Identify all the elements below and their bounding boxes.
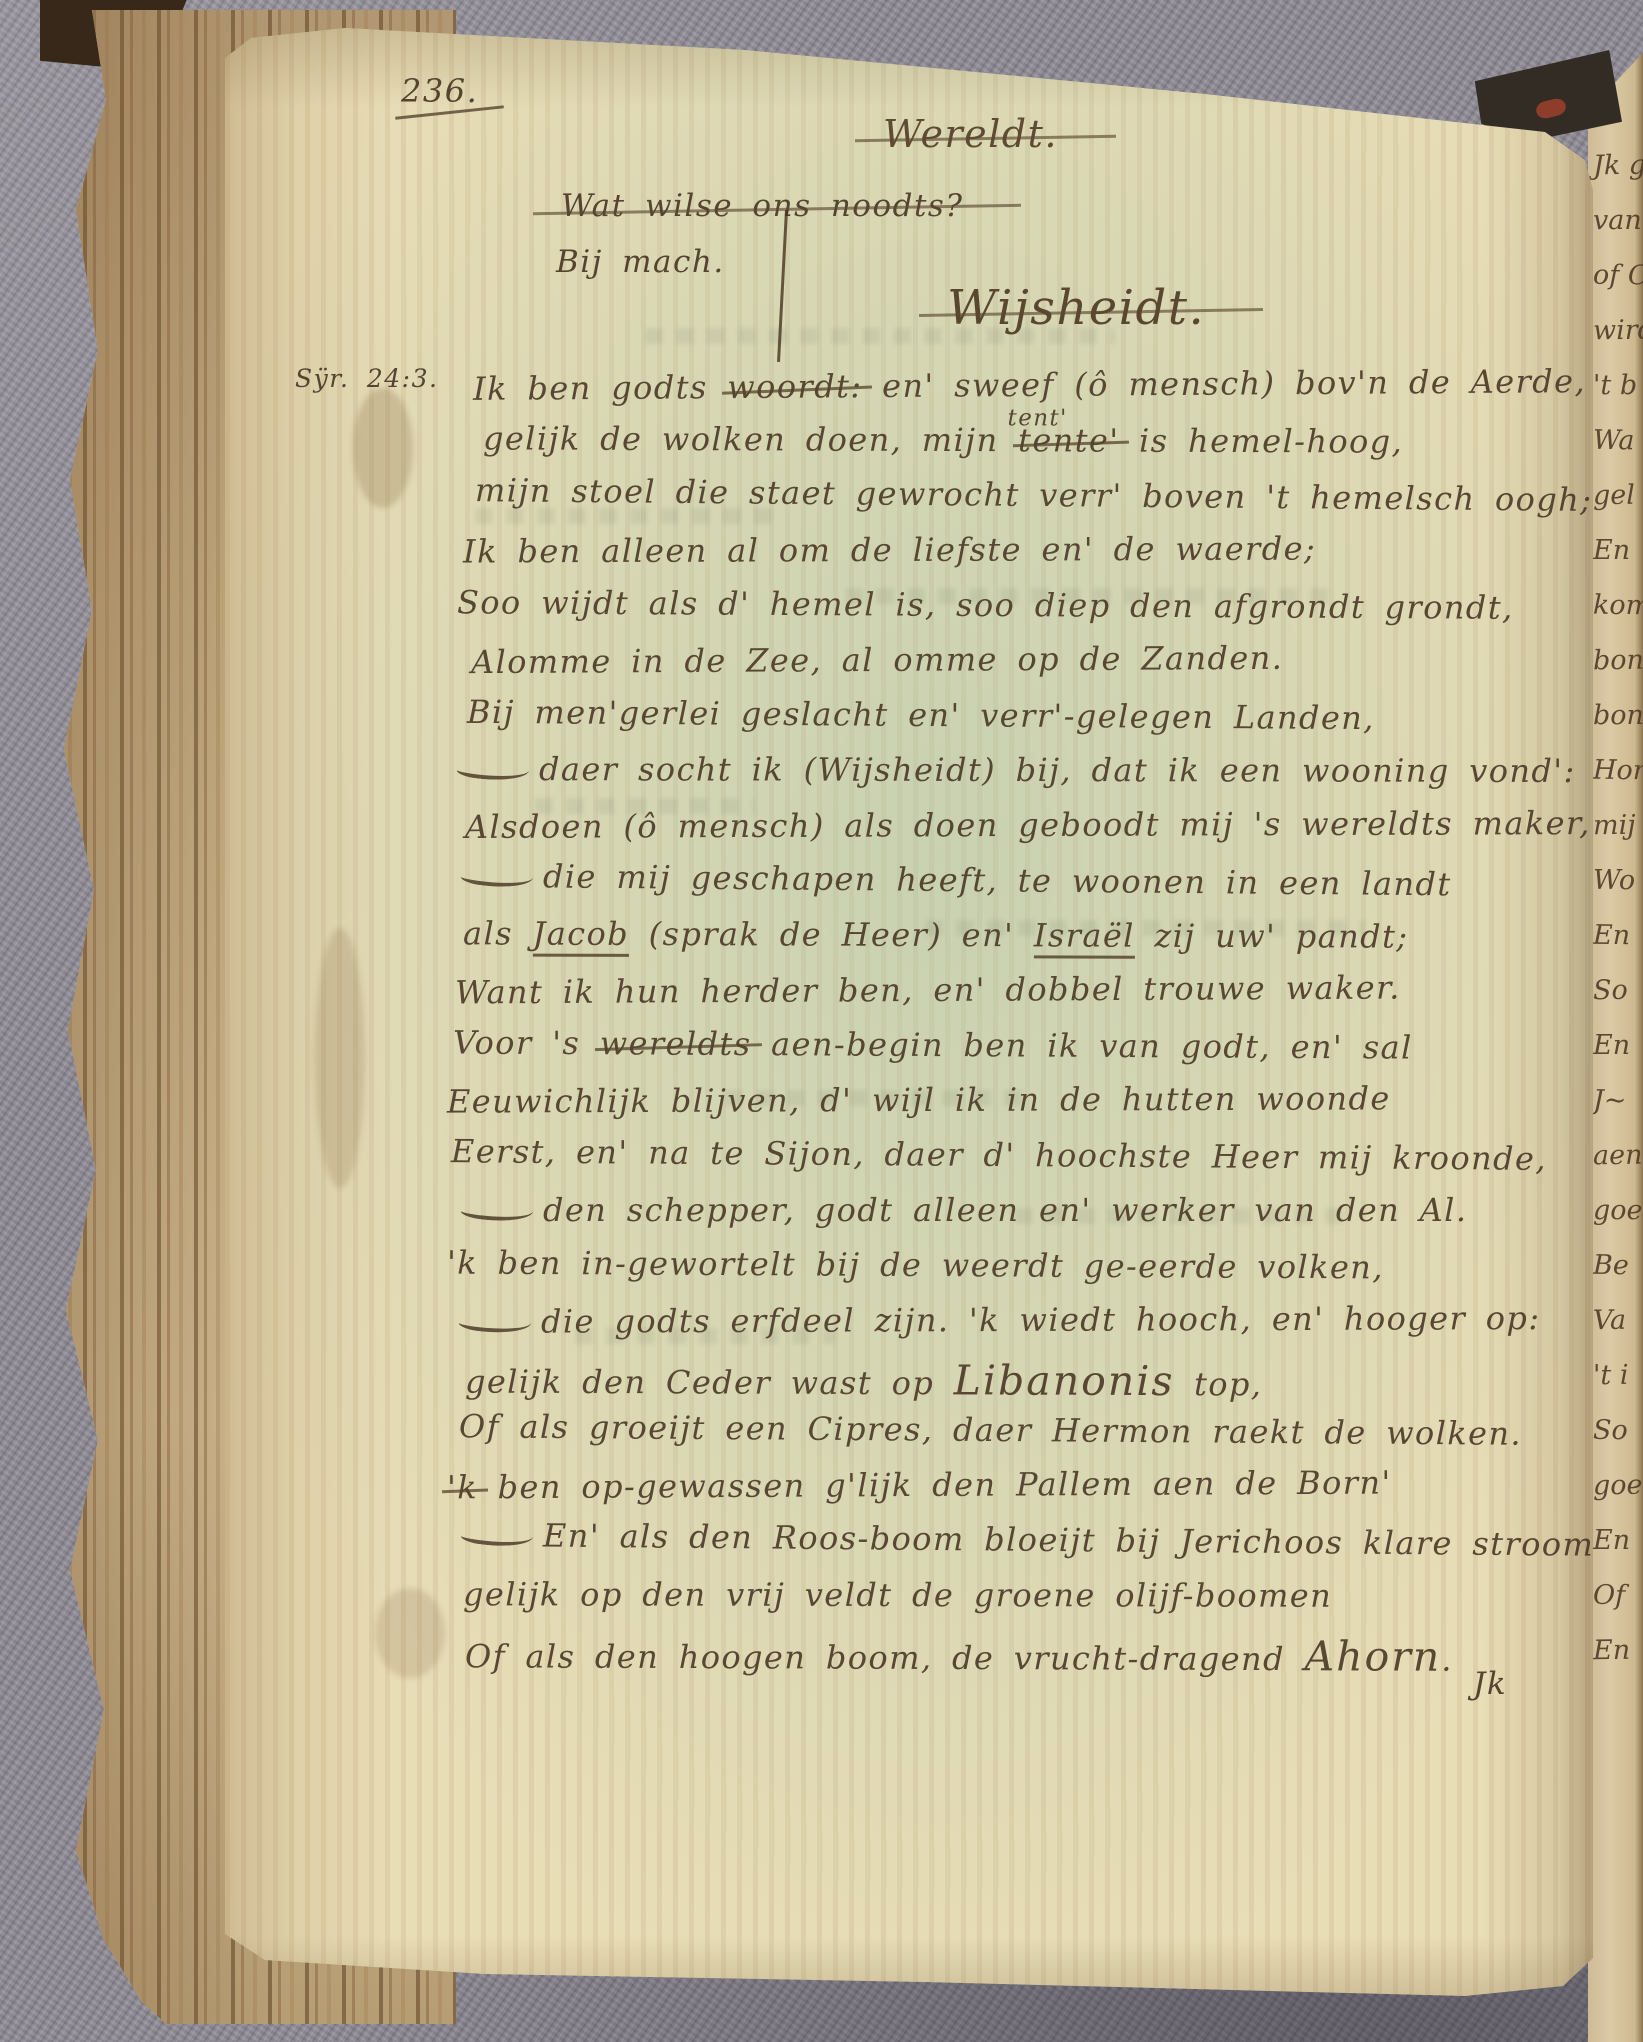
- verse-segment: die mij geschapen heeft, te woonen in ee…: [543, 857, 1452, 903]
- facing-line-fragment: mij: [1593, 810, 1636, 842]
- verse-segment: Ik ben alleen al om de liefste en' de wa…: [463, 530, 1316, 571]
- verse-segment: Alsdoen (ô mensch) als doen geboodt mij …: [465, 804, 1591, 846]
- facing-line-fragment: gel: [1593, 480, 1635, 512]
- verse-line: Want ik hun herder ben, en' dobbel trouw…: [455, 969, 1401, 1012]
- facing-line-fragment: kom: [1593, 590, 1643, 622]
- verse-line: Of als den hoogen boom, de vrucht-dragen…: [465, 1629, 1453, 1680]
- verse-segment: Libanonis: [954, 1356, 1175, 1405]
- facing-line-fragment: So: [1593, 975, 1628, 1006]
- lead-flourish-mark: [458, 1309, 532, 1336]
- verse-segment: als: [463, 914, 533, 952]
- lead-flourish-mark: [460, 1522, 534, 1550]
- verse-line: Voor 's wereldts aen-begin ben ik van go…: [453, 1023, 1413, 1066]
- verse-segment: top,: [1174, 1365, 1262, 1403]
- verse-segment: Ahorn: [1304, 1632, 1441, 1680]
- verse-segment: 'k ben in-gewortelt bij de weerdt ge-eer…: [447, 1244, 1384, 1287]
- verse-segment: woordt:: [727, 367, 862, 406]
- verse-segment: en' sweef (ô mensch) bov'n de Aerde,: [862, 362, 1586, 405]
- verse-segment: Eerst, en' na te Sijon, daer d' hoochste…: [451, 1132, 1547, 1178]
- verse-segment: Israël: [1034, 916, 1135, 958]
- facing-line-fragment: bon: [1593, 645, 1643, 677]
- verse-segment: Bij men'gerlei geslacht en' verr'-gelege…: [467, 693, 1375, 737]
- page-number: 236.: [401, 72, 478, 110]
- catchword: Jk: [1473, 1666, 1507, 1702]
- verse-segment: Want ik hun herder ben, en' dobbel trouw…: [455, 969, 1401, 1012]
- closing-line: Wat wilse ons noodts?: [561, 188, 963, 224]
- paper-stain: [353, 388, 413, 508]
- verse-line: 'k ben in-gewortelt bij de weerdt ge-eer…: [447, 1244, 1384, 1287]
- verse-line: Alomme in de Zee, al omme op de Zanden.: [471, 639, 1283, 681]
- verse-line: gelijk de wolken doen, mijn tente'tent' …: [483, 419, 1403, 460]
- verse-line: 'k ben op-gewassen g'lijk den Pallem aen…: [447, 1464, 1392, 1507]
- verse-segment: Eeuwichlijk blijven, d' wijl ik in de hu…: [447, 1079, 1391, 1120]
- verse-line: als Jacob (sprak de Heer) en' Israël zij…: [463, 914, 1409, 955]
- verse-segment: daer socht ik (Wijsheidt) bij, dat ik ee…: [539, 750, 1576, 790]
- lead-flourish-mark: [456, 756, 530, 784]
- verse-line: Eeuwichlijk blijven, d' wijl ik in de hu…: [447, 1079, 1391, 1120]
- verse-line: Ik ben godts woordt: en' sweef (ô mensch…: [473, 362, 1586, 408]
- paper-stain: [315, 928, 365, 1188]
- facing-line-fragment: wird: [1593, 315, 1643, 347]
- facing-line-fragment: Va: [1593, 1305, 1627, 1336]
- facing-line-fragment: En: [1593, 1635, 1631, 1667]
- facing-line-fragment: Jk g: [1593, 150, 1643, 182]
- verse-segment: (sprak de Heer) en': [629, 915, 1034, 954]
- verse-segment: Of als groeijt een Cipres, daer Hermon r…: [459, 1407, 1522, 1452]
- verse-segment: Voor 's: [453, 1023, 600, 1062]
- facing-line-fragment: 't b: [1593, 370, 1637, 401]
- scripture-margin-reference: Sÿr. 24:3.: [295, 364, 438, 393]
- facing-line-fragment: En: [1593, 920, 1631, 952]
- verse-segment: .: [1441, 1641, 1453, 1679]
- verse-segment: Ik ben godts: [473, 368, 728, 408]
- facing-line-fragment: J~: [1593, 1085, 1627, 1116]
- verse-line: den schepper, godt alleen en' werker van…: [461, 1191, 1467, 1229]
- verse-segment: wereldts: [600, 1024, 752, 1063]
- facing-line-fragment: Wo: [1593, 865, 1635, 896]
- verse-segment: Alomme in de Zee, al omme op de Zanden.: [471, 639, 1283, 681]
- facing-line-fragment: En: [1593, 535, 1630, 566]
- facing-line-fragment: goe: [1593, 1470, 1643, 1502]
- lead-flourish-mark: [460, 1197, 534, 1224]
- facing-line-fragment: bon: [1593, 700, 1643, 731]
- verse-segment: gelijk den Ceder wast op: [465, 1363, 954, 1403]
- verse-segment: Jacob: [532, 915, 629, 957]
- facing-line-fragment: Of: [1593, 1580, 1626, 1611]
- verse-line: gelijk op den vrij veldt de groene olijf…: [463, 1575, 1332, 1615]
- verse-line: Bij men'gerlei geslacht en' verr'-gelege…: [467, 693, 1375, 737]
- verse-line: die godts erfdeel zijn. 'k wiedt hooch, …: [459, 1299, 1541, 1341]
- facing-line-fragment: aen: [1593, 1140, 1643, 1172]
- facing-line-fragment: Hor: [1593, 755, 1643, 787]
- verse-line: En' als den Roos-boom bloeijt bij Jerich…: [461, 1516, 1643, 1564]
- verse-segment: Soo wijdt als d' hemel is, soo diep den …: [457, 583, 1514, 627]
- verse-line: Eerst, en' na te Sijon, daer d' hoochste…: [451, 1132, 1547, 1178]
- verse-line: daer socht ik (Wijsheidt) bij, dat ik ee…: [457, 750, 1576, 790]
- manuscript-page: 236. Wereldt. Wat wilse ons noodts? Bij …: [225, 28, 1593, 2006]
- facing-line-fragment: Be: [1593, 1250, 1629, 1281]
- verse-segment: aen-begin ben ik van godt, en' sal: [751, 1025, 1412, 1066]
- facing-line-fragment: van: [1593, 205, 1642, 236]
- verse-line: die mij geschapen heeft, te woonen in ee…: [461, 857, 1452, 904]
- verse-line: Soo wijdt als d' hemel is, soo diep den …: [457, 583, 1514, 627]
- facing-line-fragment: So: [1593, 1415, 1628, 1446]
- facing-page-strip: Jk gvanof Owird't bWagelEnkombonbonHormi…: [1588, 42, 1643, 2042]
- facing-line-fragment: 't i: [1593, 1360, 1629, 1391]
- facing-line-fragment: En: [1593, 1030, 1630, 1061]
- verse-line: Alsdoen (ô mensch) als doen geboodt mij …: [465, 804, 1591, 846]
- verse-line: Of als groeijt een Cipres, daer Hermon r…: [459, 1407, 1522, 1452]
- previous-section-heading: Wereldt.: [883, 112, 1058, 156]
- lead-flourish-mark: [460, 863, 534, 891]
- verse-line: Ik ben alleen al om de liefste en' de wa…: [463, 530, 1316, 571]
- verse-segment: den schepper, godt alleen en' werker van…: [543, 1191, 1467, 1229]
- verse-segment: is hemel-hoog,: [1119, 422, 1403, 461]
- verse-segment: Of als den hoogen boom, de vrucht-dragen…: [465, 1637, 1305, 1678]
- verse-segment: 'k: [447, 1468, 478, 1506]
- verse-segment: zij uw' pandt;: [1135, 917, 1409, 956]
- closing-line: Bij mach.: [556, 244, 725, 280]
- verse-segment: gelijk op den vrij veldt de groene olijf…: [463, 1575, 1332, 1615]
- photograph-of-manuscript: { "document": { "page_number": "236.", "…: [0, 0, 1643, 2042]
- verse-segment: ben op-gewassen g'lijk den Pallem aen de…: [478, 1464, 1392, 1507]
- section-heading: Wijsheidt.: [947, 280, 1205, 336]
- facing-line-fragment: goe: [1593, 1195, 1643, 1226]
- verse-line: gelijk den Ceder wast op Libanonis top,: [465, 1355, 1263, 1406]
- facing-line-fragment: of O: [1593, 260, 1643, 292]
- verse-segment: En' als den Roos-boom bloeijt bij Jerich…: [543, 1517, 1643, 1565]
- facing-line-fragment: Wa: [1593, 425, 1635, 457]
- facing-line-fragment: En: [1593, 1525, 1630, 1556]
- paper-stain: [375, 1588, 445, 1678]
- verse-segment: die godts erfdeel zijn. 'k wiedt hooch, …: [541, 1299, 1541, 1340]
- verse-segment: gelijk de wolken doen, mijn: [483, 419, 1018, 459]
